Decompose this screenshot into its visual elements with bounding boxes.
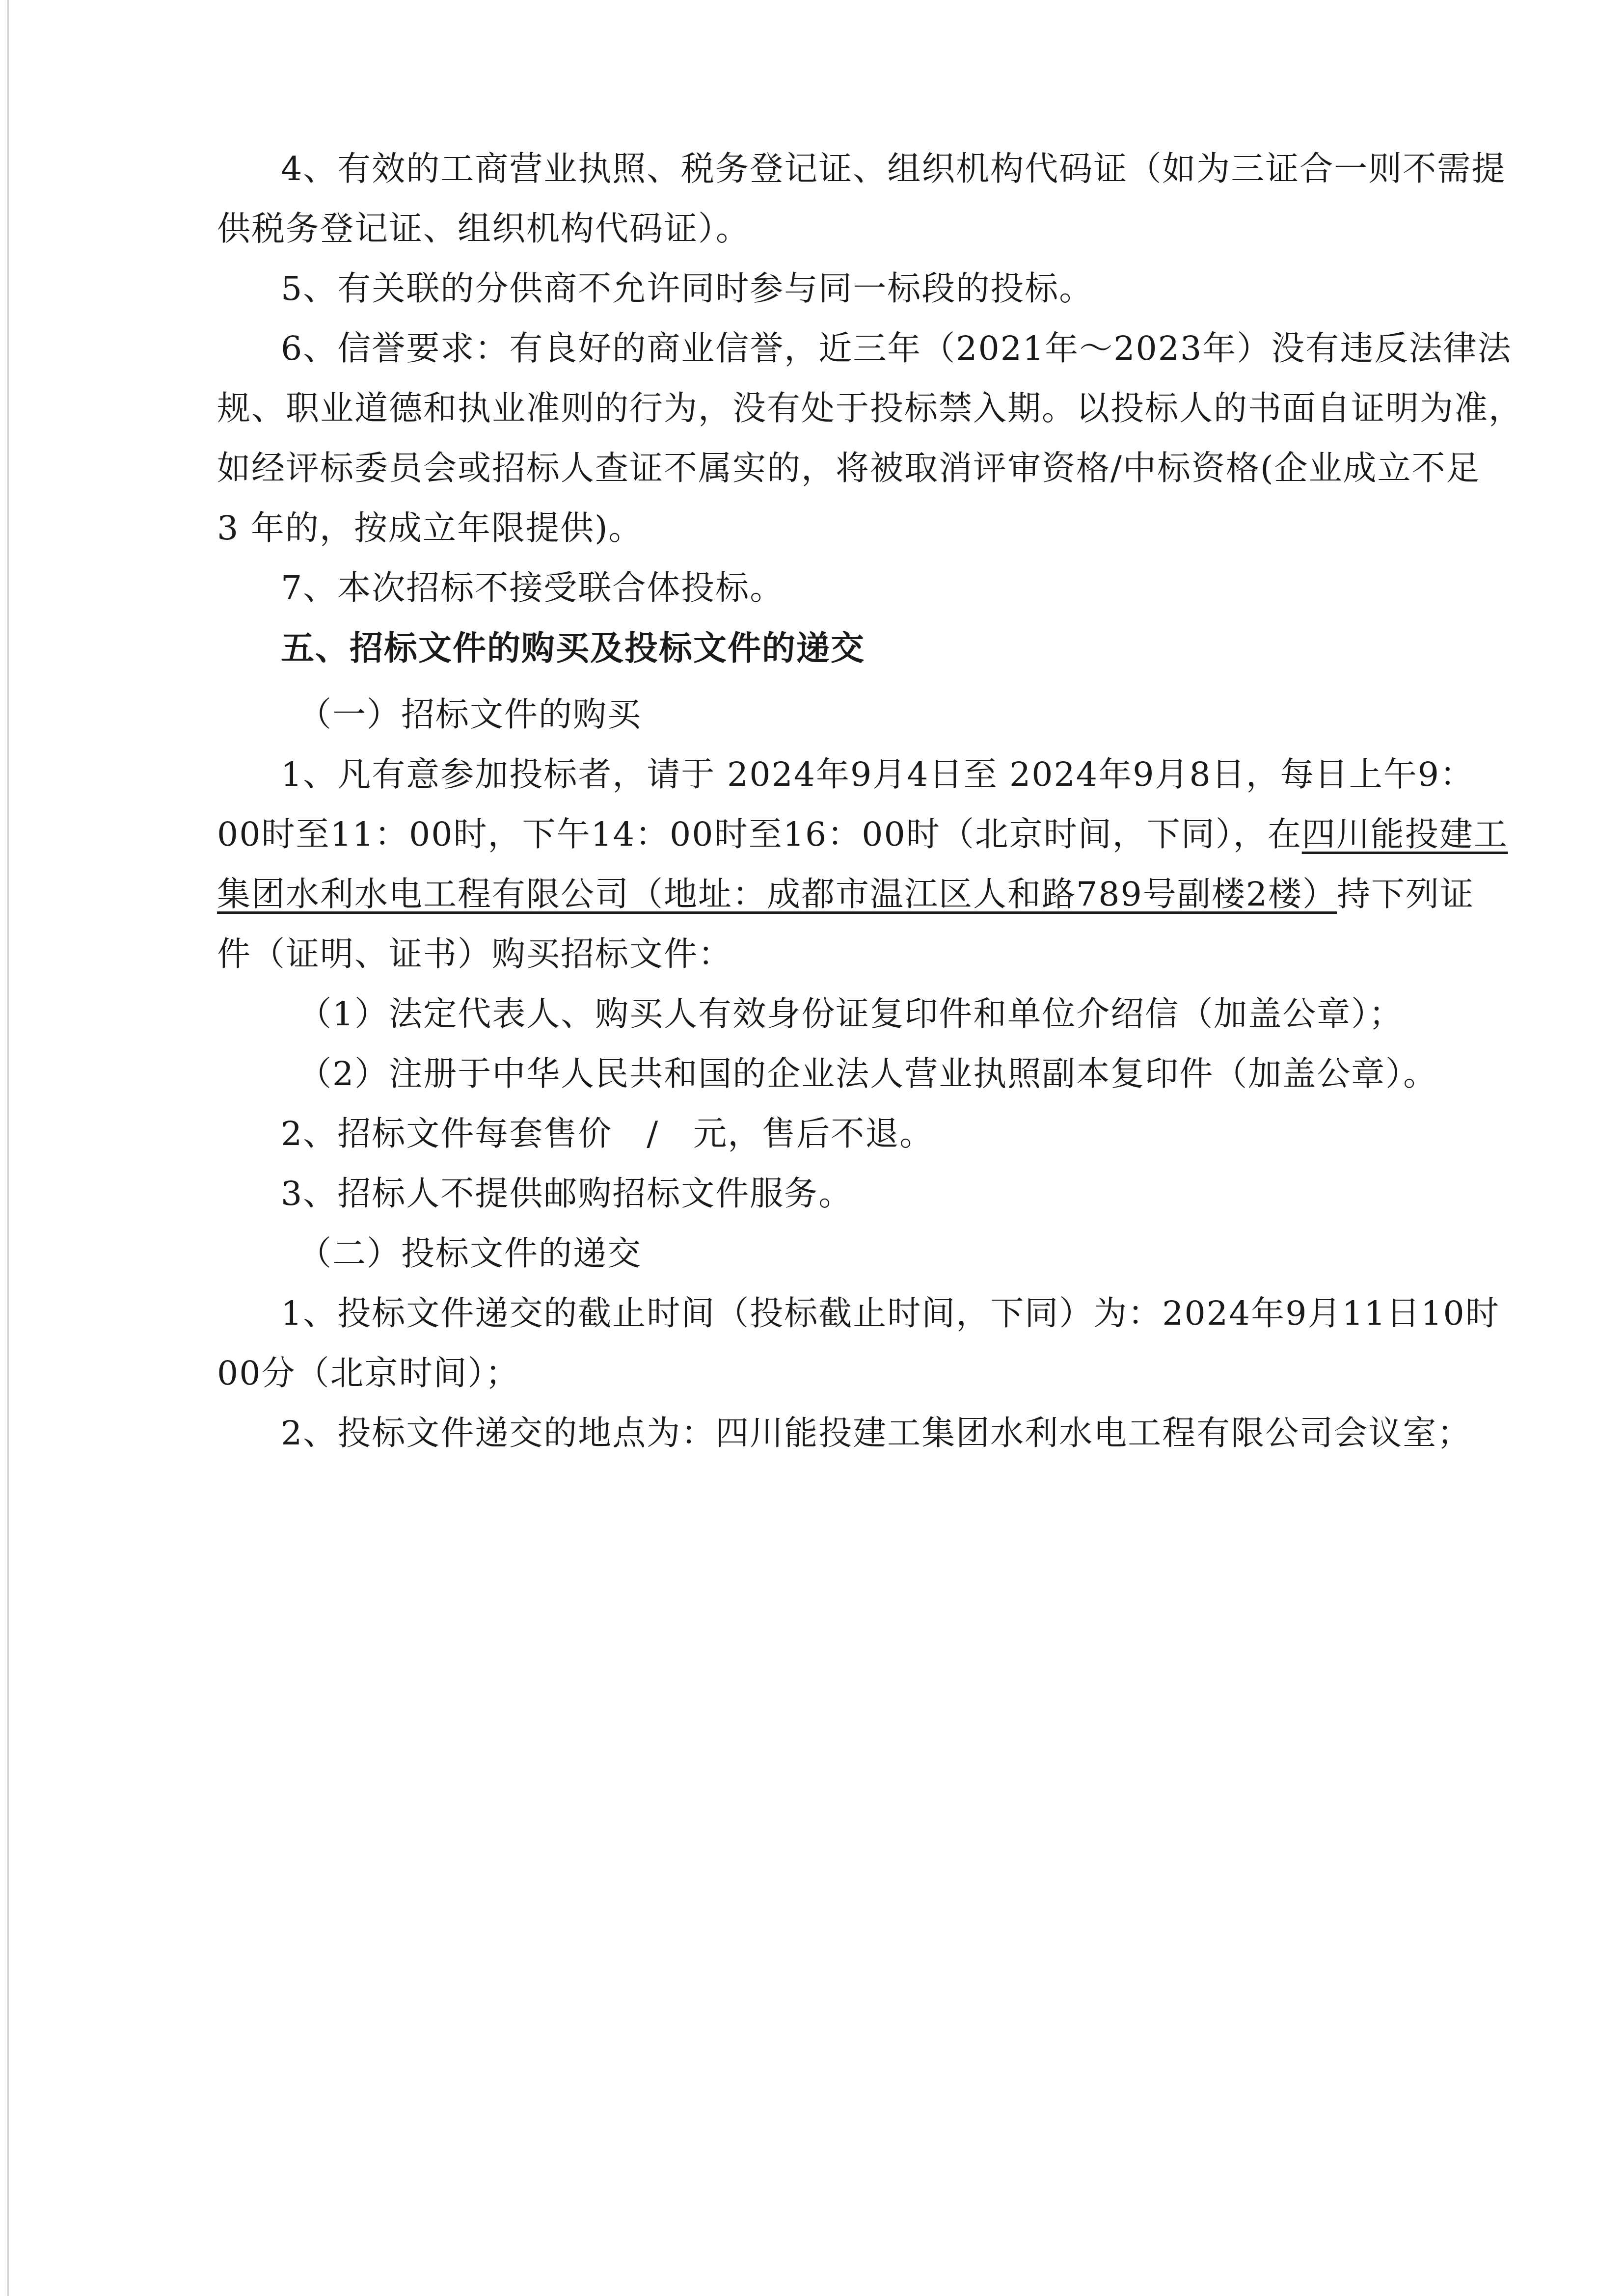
purchase-item-2: 2、招标文件每套售价 / 元，售后不退。: [281, 1112, 934, 1156]
req-item-4-cont: 供税务登记证、组织机构代码证）。: [217, 207, 750, 251]
purchase-doc-1: （1）法定代表人、购买人有效身份证复印件和单位介绍信（加盖公章）；: [298, 992, 1403, 1037]
subsection-heading-submission: （二）投标文件的递交: [298, 1232, 642, 1276]
subsection-heading-purchase: （一）招标文件的购买: [298, 693, 642, 737]
req-item-4: 4、有效的工商营业执照、税务登记证、组织机构代码证（如为三证合一则不需提: [281, 147, 1446, 191]
purchase-item-1-cont3: 件（证明、证书）购买招标文件：: [217, 933, 732, 977]
submission-item-2: 2、投标文件递交的地点为：四川能投建工集团水利水电工程有限公司会议室；: [281, 1412, 1471, 1456]
req-item-6-cont3: 3 年的，按成立年限提供)。: [217, 507, 643, 551]
purchase-doc-2: （2）注册于中华人民共和国的企业法人营业执照副本复印件（加盖公章）。: [298, 1052, 1437, 1096]
purchase-item-1: 1、凡有意参加投标者，请于 2024年9月4日至 2024年9月8日，每日上午9…: [281, 753, 1446, 797]
company-name-underlined: 四川能投建工: [1302, 815, 1508, 854]
submission-item-1: 1、投标文件递交的截止时间（投标截止时间，下同）为：2024年9月11日10时: [281, 1292, 1446, 1336]
scan-edge: [7, 0, 9, 2296]
submission-item-1-cont: 00分（北京时间）；: [217, 1352, 520, 1396]
req-item-7: 7、本次招标不接受联合体投标。: [281, 566, 784, 611]
company-address-underlined: 集团水利水电工程有限公司（地址：成都市温江区人和路789号副楼2楼）: [217, 875, 1337, 914]
section-heading-5: 五、招标文件的购买及投标文件的递交: [281, 626, 865, 670]
req-item-6-cont2: 如经评标委员会或招标人查证不属实的，将被取消评审资格/中标资格(企业成立不足: [217, 447, 1446, 491]
req-item-5: 5、有关联的分供商不允许同时参与同一标段的投标。: [281, 267, 1093, 311]
purchase-item-3: 3、招标人不提供邮购招标文件服务。: [281, 1172, 853, 1216]
purchase-item-1-cont1: 00时至11：00时，下午14：00时至16：00时（北京时间，下同），在四川能…: [217, 813, 1446, 857]
req-item-6: 6、信誉要求：有良好的商业信誉，近三年（2021年～2023年）没有违反法律法: [281, 327, 1446, 371]
req-item-6-cont1: 规、职业道德和执业准则的行为，没有处于投标禁入期。以投标人的书面自证明为准，: [217, 387, 1446, 431]
purchase-item-1-cont2: 集团水利水电工程有限公司（地址：成都市温江区人和路789号副楼2楼）持下列证: [217, 873, 1446, 917]
